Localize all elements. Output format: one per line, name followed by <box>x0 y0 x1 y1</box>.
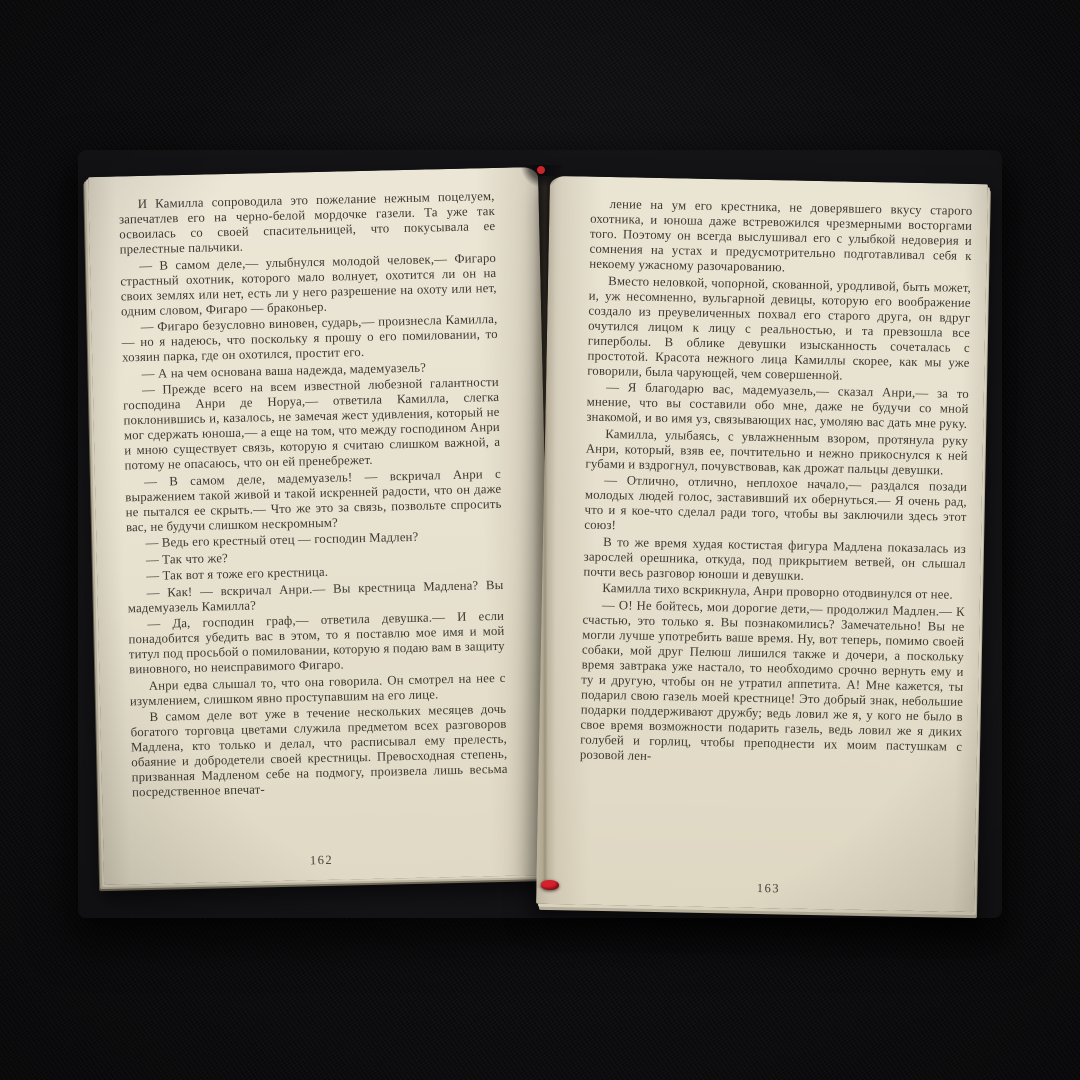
left-page-number: 162 <box>133 849 509 873</box>
open-book: И Камилла сопроводила это пожелание нежн… <box>0 0 1080 1080</box>
left-page: И Камилла сопроводила это пожелание нежн… <box>88 167 554 885</box>
paragraph: — О! Не бойтесь, мои дорогие дети,— прод… <box>580 597 965 769</box>
red-headband-icon <box>537 166 545 174</box>
paragraph: И Камилла сопроводила это пожелание нежн… <box>118 189 495 258</box>
right-page-number: 163 <box>577 878 959 900</box>
right-page-text: ление на ум его крестника, не доверявшег… <box>580 197 973 771</box>
paragraph: В самом деле вот уже в течение нескольки… <box>130 702 508 801</box>
right-page: ление на ум его крестника, не доверявшег… <box>536 176 988 912</box>
paragraph: — Отлично, отлично, неплохое начало,— ра… <box>584 473 967 540</box>
paragraph: — Я благодарю вас, мадемуазель,— сказал … <box>586 380 969 432</box>
red-ribbon-icon <box>541 880 559 890</box>
gutter-shadow <box>534 176 556 888</box>
paragraph: — В самом деле,— улыбнулся молодой челов… <box>120 250 497 319</box>
paragraph: — Фигаро безусловно виновен, сударь,— пр… <box>121 312 498 366</box>
paragraph: — Да, господин граф,— ответила девушка.—… <box>128 609 505 678</box>
photo-scene: И Камилла сопроводила это пожелание нежн… <box>0 0 1080 1080</box>
left-page-text: И Камилла сопроводила это пожелание нежн… <box>118 189 508 802</box>
paragraph: Камилла, улыбаясь, с увлажненным взором,… <box>585 426 968 478</box>
paragraph: — В самом деле, мадемуазель! — вскричал … <box>125 466 502 535</box>
paragraph: — Прежде всего на всем известной любезно… <box>123 375 501 474</box>
paragraph: Вместо неловкой, чопорной, скованной, ур… <box>587 273 971 385</box>
paragraph: В то же время худая костистая фигура Мад… <box>583 534 966 586</box>
paragraph: ление на ум его крестника, не доверявшег… <box>589 197 972 279</box>
